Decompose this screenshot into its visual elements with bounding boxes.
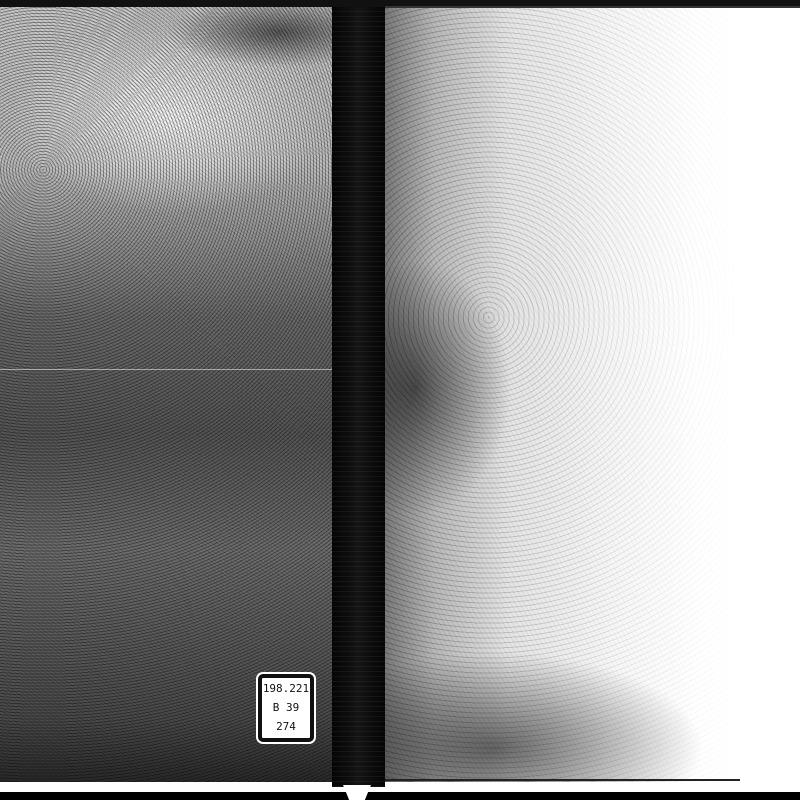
book-spine	[332, 7, 385, 787]
shelf-label-item-number: 274	[276, 721, 296, 733]
scanned-book-cover: 198.221 B 39 274	[0, 0, 800, 800]
shelf-label-cutter-number: B 39	[273, 702, 300, 714]
library-shelf-label: 198.221 B 39 274	[258, 674, 314, 742]
back-cover-panel	[0, 7, 332, 782]
front-cover-panel	[385, 8, 800, 782]
front-cover-bottom-edge	[385, 779, 740, 781]
bottom-edge	[0, 792, 800, 800]
shelf-label-class-number: 198.221	[263, 683, 309, 695]
